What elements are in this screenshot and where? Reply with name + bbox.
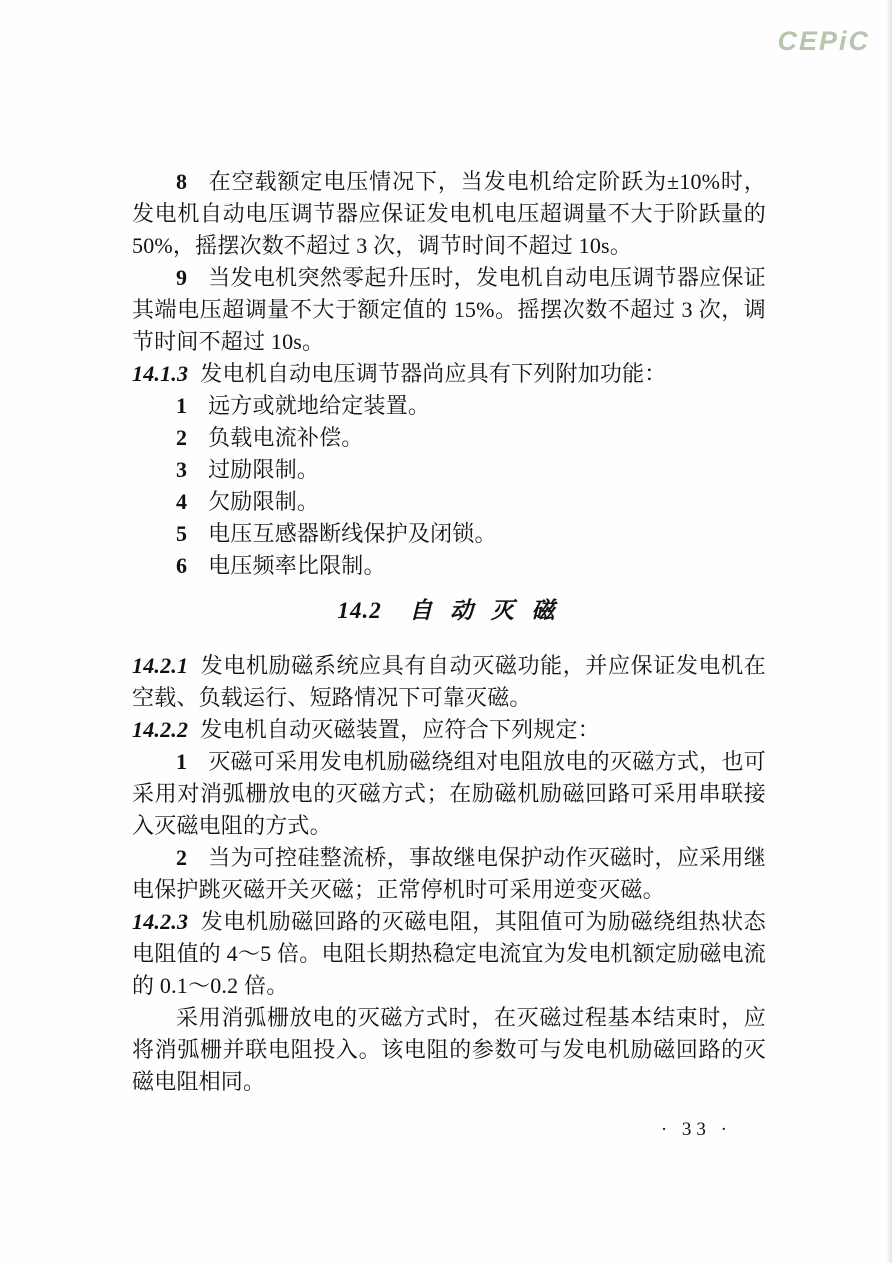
paragraph-text: 发电机自动灭磁装置，应符合下列规定： bbox=[200, 717, 600, 742]
list-item: 1远方或就地给定装置。 bbox=[132, 390, 766, 422]
item-number: 2 bbox=[176, 845, 187, 870]
paragraph-text: 发电机励磁回路的灭磁电阻，其阻值可为励磁绕组热状态电阻值的 4～5 倍。电阻长期… bbox=[132, 909, 766, 998]
list-item-text: 电压互感器断线保护及闭锁。 bbox=[208, 521, 497, 546]
paragraph-text: 灭磁可采用发电机励磁绕组对电阻放电的灭磁方式，也可采用对消弧栅放电的灭磁方式；在… bbox=[132, 749, 766, 838]
item-number: 9 bbox=[176, 265, 187, 290]
list-item: 2负载电流补偿。 bbox=[132, 422, 766, 454]
clause-14-2-3: 14.2.3发电机励磁回路的灭磁电阻，其阻值可为励磁绕组热状态电阻值的 4～5 … bbox=[132, 906, 766, 1002]
page-number-text: · 33 · bbox=[661, 1119, 732, 1140]
plain-paragraph: 采用消弧栅放电的灭磁方式时，在灭磁过程基本结束时，应将消弧栅并联电阻投入。该电阻… bbox=[132, 1002, 766, 1098]
list-item-text: 远方或就地给定装置。 bbox=[208, 393, 430, 418]
list-item-text: 欠励限制。 bbox=[208, 489, 319, 514]
item-number: 4 bbox=[176, 489, 187, 514]
numbered-paragraph-2: 2当为可控硅整流桥，事故继电保护动作灭磁时，应采用继电保护跳灭磁开关灭磁；正常停… bbox=[132, 842, 766, 906]
paragraph-text: 当发电机突然零起升压时，发电机自动电压调节器应保证其端电压超调量不大于额定值的 … bbox=[132, 265, 766, 354]
list-item: 3过励限制。 bbox=[132, 454, 766, 486]
item-number: 6 bbox=[176, 553, 187, 578]
clause-number: 14.2.1 bbox=[132, 653, 188, 678]
clause-14-2-2: 14.2.2发电机自动灭磁装置，应符合下列规定： bbox=[132, 714, 766, 746]
list-item-text: 负载电流补偿。 bbox=[208, 425, 363, 450]
item-number: 1 bbox=[176, 393, 187, 418]
clause-14-2-1: 14.2.1发电机励磁系统应具有自动灭磁功能，并应保证发电机在空载、负载运行、短… bbox=[132, 650, 766, 714]
item-number: 3 bbox=[176, 457, 187, 482]
clause-14-1-3: 14.1.3发电机自动电压调节器尚应具有下列附加功能： bbox=[132, 358, 766, 390]
clause-number: 14.2.3 bbox=[132, 909, 188, 934]
list-item-text: 过励限制。 bbox=[208, 457, 319, 482]
paragraph-text: 采用消弧栅放电的灭磁方式时，在灭磁过程基本结束时，应将消弧栅并联电阻投入。该电阻… bbox=[132, 1005, 766, 1094]
section-heading-14-2: 14.2自 动 灭 磁 bbox=[132, 596, 766, 626]
item-number: 2 bbox=[176, 425, 187, 450]
section-number: 14.2 bbox=[337, 598, 381, 623]
item-number: 1 bbox=[176, 749, 187, 774]
paragraph-text: 发电机自动电压调节器尚应具有下列附加功能： bbox=[200, 361, 666, 386]
scanned-document-page: CEPiC 8在空载额定电压情况下，当发电机给定阶跃为±10%时，发电机自动电压… bbox=[0, 0, 892, 1263]
paragraph-text: 在空载额定电压情况下，当发电机给定阶跃为±10%时，发电机自动电压调节器应保证发… bbox=[132, 169, 766, 258]
document-content: 8在空载额定电压情况下，当发电机给定阶跃为±10%时，发电机自动电压调节器应保证… bbox=[132, 166, 766, 1142]
item-number: 8 bbox=[176, 169, 187, 194]
list-item: 4欠励限制。 bbox=[132, 486, 766, 518]
section-title: 自 动 灭 磁 bbox=[409, 598, 560, 623]
page-number: · 33 · bbox=[132, 1118, 766, 1142]
list-item: 6电压频率比限制。 bbox=[132, 550, 766, 582]
numbered-paragraph-1: 1灭磁可采用发电机励磁绕组对电阻放电的灭磁方式，也可采用对消弧栅放电的灭磁方式；… bbox=[132, 746, 766, 842]
item-number: 5 bbox=[176, 521, 187, 546]
clause-number: 14.1.3 bbox=[132, 361, 188, 386]
numbered-paragraph-9: 9当发电机突然零起升压时，发电机自动电压调节器应保证其端电压超调量不大于额定值的… bbox=[132, 262, 766, 358]
list-item-text: 电压频率比限制。 bbox=[208, 553, 386, 578]
paragraph-text: 发电机励磁系统应具有自动灭磁功能，并应保证发电机在空载、负载运行、短路情况下可靠… bbox=[132, 653, 766, 710]
paragraph-text: 当为可控硅整流桥，事故继电保护动作灭磁时，应采用继电保护跳灭磁开关灭磁；正常停机… bbox=[132, 845, 766, 902]
cepic-logo: CEPiC bbox=[777, 26, 870, 57]
clause-number: 14.2.2 bbox=[132, 717, 188, 742]
list-item: 5电压互感器断线保护及闭锁。 bbox=[132, 518, 766, 550]
numbered-paragraph-8: 8在空载额定电压情况下，当发电机给定阶跃为±10%时，发电机自动电压调节器应保证… bbox=[132, 166, 766, 262]
